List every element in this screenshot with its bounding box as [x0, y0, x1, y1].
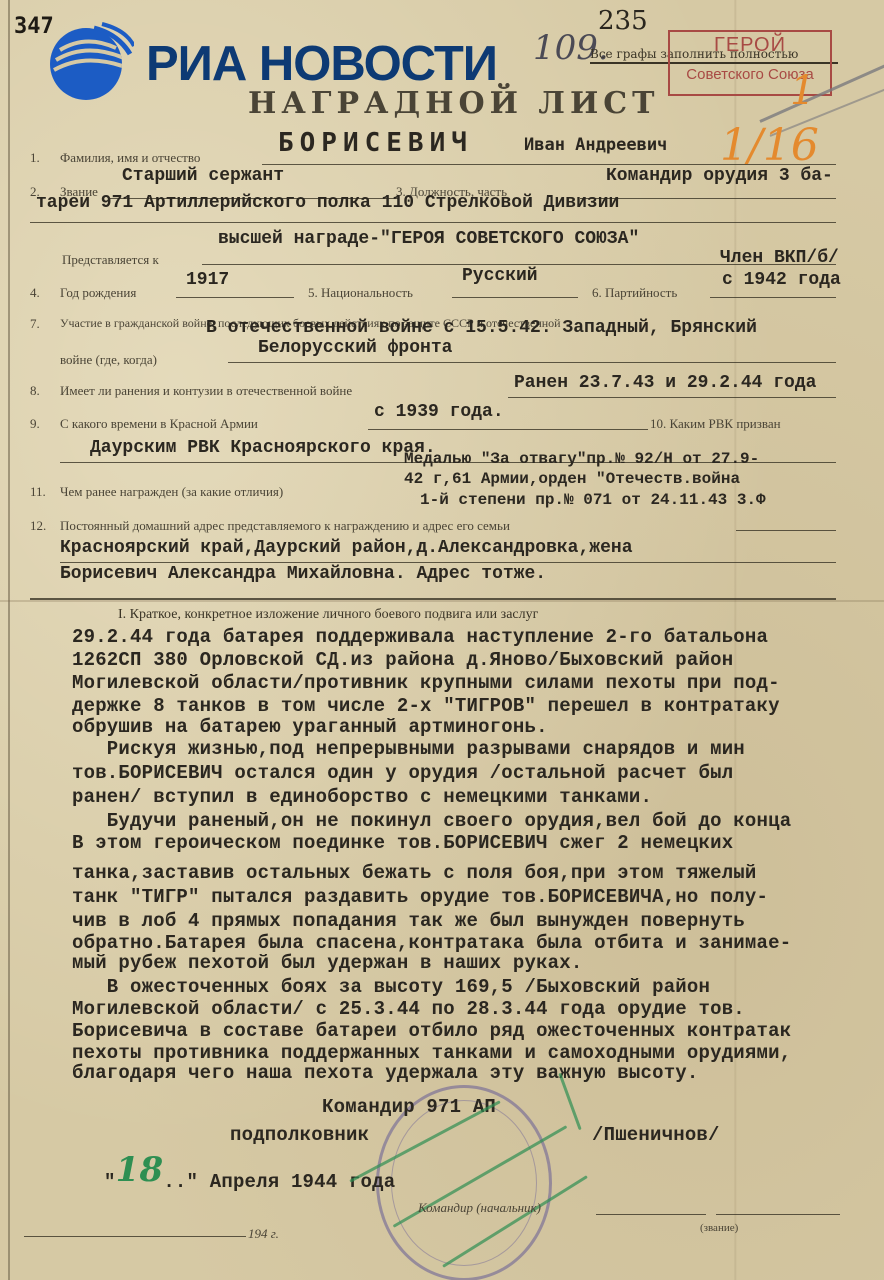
document-title: НАГРАДНОЙ ЛИСТ [248, 86, 660, 121]
signature-date: "18.." Апреля 1944 года [104, 1156, 395, 1196]
narrative-line: мый рубеж пехотой был удержан в наших ру… [72, 952, 582, 974]
field-6-rule [710, 297, 836, 298]
surname: БОРИСЕВИЧ [278, 128, 473, 158]
narrative-line: В ожесточенных боях за высоту 169,5 /Бых… [72, 976, 710, 998]
draft-office: Даурским РВК Красноярского края. [90, 438, 436, 458]
blank-year-suffix: г. [271, 1226, 279, 1241]
blank-year-prefix: 194 [248, 1226, 268, 1241]
narrative-line: благодаря чего наша пехота удержала эту … [72, 1062, 699, 1084]
field-5-label-text: Национальность [321, 285, 413, 300]
field-8-label: Имеет ли ранения и контузии в отечествен… [60, 383, 352, 399]
narrative-line: Рискуя жизнью,под непрерывными разрывами… [72, 738, 745, 760]
field-6-label-text: Партийность [605, 285, 677, 300]
ria-watermark: РИА НОВОСТИ [146, 36, 497, 92]
narrative-line: Будучи раненый,он не покинул своего оруд… [72, 810, 791, 832]
date-day: 18 [116, 1150, 164, 1190]
narrative-line: обратно.Батарея была спасена,контратака … [72, 932, 791, 954]
field-7-rule [228, 362, 836, 363]
fold-crease [0, 600, 884, 602]
narrative-line: обрушив на батарею ураганный артминогонь… [72, 716, 548, 738]
orange-mark: 1 [790, 68, 815, 114]
narrative-line: 29.2.44 года батарея поддерживала наступ… [72, 626, 768, 648]
narrative-line: держке 8 танков в том числе 2-х "ТИГРОВ"… [72, 695, 780, 717]
field-10-label-text: Каким РВК призван [670, 416, 781, 431]
nationality: Русский [462, 266, 538, 286]
field-12-rule-2 [60, 562, 836, 563]
field-1-number: 1. [30, 150, 40, 166]
field-5-label: 5. Национальность [308, 285, 413, 301]
field-10-number: 10. [650, 416, 666, 431]
narrative-line: 1262СП 380 Орловской СД.из района д.Янов… [72, 649, 733, 671]
signer-name: /Пшеничнов/ [592, 1124, 720, 1146]
field-9-label: С какого времени в Красной Армии [60, 416, 258, 432]
position-line-1: Командир орудия 3 ба- [606, 166, 833, 186]
ria-globe-icon [46, 20, 134, 102]
position-line-2: тареи 971 Артиллерийского полка 110 Стре… [36, 193, 619, 213]
commander-label: Командир (начальник) [418, 1200, 541, 1216]
birth-year: 1917 [186, 270, 229, 290]
narrative-line: Борисевича в составе батареи отбило ряд … [72, 1020, 791, 1042]
wounds-value: Ранен 23.7.43 и 29.2.44 года [514, 373, 816, 393]
narrative-line: танка,заставив остальных бежать с поля б… [72, 862, 757, 884]
field-4-number: 4. [30, 285, 40, 301]
narrative-line: ранен/ вступил в единоборство с немецким… [72, 786, 652, 808]
party-line-2: с 1942 года [722, 270, 841, 290]
address-line-1: Красноярский край,Даурский район,д.Алекс… [60, 538, 633, 558]
field-11-number: 11. [30, 484, 46, 500]
field-6-number: 6. [592, 285, 602, 300]
field-4-label: Год рождения [60, 285, 136, 301]
award-label: Представляется к [62, 252, 159, 268]
field-4-rule [176, 297, 294, 298]
commander-rule [596, 1214, 706, 1215]
address-line-2: Борисевич Александра Михайловна. Адрес т… [60, 564, 546, 584]
date-rule [24, 1236, 246, 1237]
signer-rank: подполковник [230, 1124, 369, 1146]
narrative-line: танк "ТИГР" пытался раздавить орудие тов… [72, 886, 768, 908]
narrative-heading: I. Краткое, конкретное изложение личного… [118, 607, 538, 623]
page-edge [8, 0, 10, 1280]
narrative-line: Могилевской области/противник крупными с… [72, 672, 780, 694]
field-6-label: 6. Партийность [592, 285, 677, 301]
field-10-label: 10. Каким РВК призван [650, 416, 781, 432]
field-5-number: 5. [308, 285, 318, 300]
blank-year: 194 г. [248, 1226, 279, 1242]
rank-rule [716, 1214, 840, 1215]
field-5-rule [452, 297, 578, 298]
narrative-line: тов.БОРИСЕВИЧ остался один у орудия /ост… [72, 762, 733, 784]
field-9-number: 9. [30, 416, 40, 432]
war-participation-line-2: Белорусский фронта [258, 338, 452, 358]
date-quote: " [104, 1171, 116, 1193]
field-12-number: 12. [30, 518, 46, 534]
rank-label: (звание) [700, 1222, 738, 1234]
field-7-number: 7. [30, 316, 40, 332]
field-1-rule [262, 164, 836, 165]
given-names: Иван Андреевич [524, 135, 667, 155]
field-7-label-line-2: войне (где, когда) [60, 352, 157, 368]
field-8-rule [508, 397, 836, 398]
field-12-rule [736, 530, 836, 531]
prior-awards-line-1: Медалью "За отвагу"пр.№ 92/Н от 27.9- [404, 450, 759, 468]
war-participation-line-1: В отечественной войне с 15.5.42. Западны… [206, 318, 757, 338]
award-value: высшей награде-"ГЕРОЯ СОВЕТСКОГО СОЮЗА" [218, 229, 639, 249]
field-1-label: Фамилия, имя и отчество [60, 150, 200, 166]
narrative-line: чив в лоб 4 прямых попадания так же был … [72, 910, 745, 932]
prior-awards-line-2: 42 г,61 Армии,орден "Отечеств.война [404, 470, 740, 488]
narrative-line: Могилевской области/ с 25.3.44 по 28.3.4… [72, 998, 745, 1020]
section-divider [30, 598, 836, 600]
narrative-line: В этом героическом поединке тов.БОРИСЕВИ… [72, 832, 733, 854]
field-3-rule-2 [30, 222, 836, 223]
party-line-1: Член ВКП/б/ [720, 248, 839, 268]
prior-awards-line-3: 1-й степени пр.№ 071 от 24.11.43 3.Ф [420, 491, 766, 509]
field-12-label: Постоянный домашний адрес представляемог… [60, 518, 510, 534]
rank-value: Старший сержант [122, 166, 284, 186]
field-11-label: Чем ранее награжден (за какие отличия) [60, 484, 283, 500]
field-8-number: 8. [30, 383, 40, 399]
narrative-line: пехоты противника поддержанных танками и… [72, 1042, 791, 1064]
stamp-line-1: ГЕРОЙ [670, 34, 830, 57]
field-9-rule [368, 429, 648, 430]
army-since: с 1939 года. [374, 402, 504, 422]
